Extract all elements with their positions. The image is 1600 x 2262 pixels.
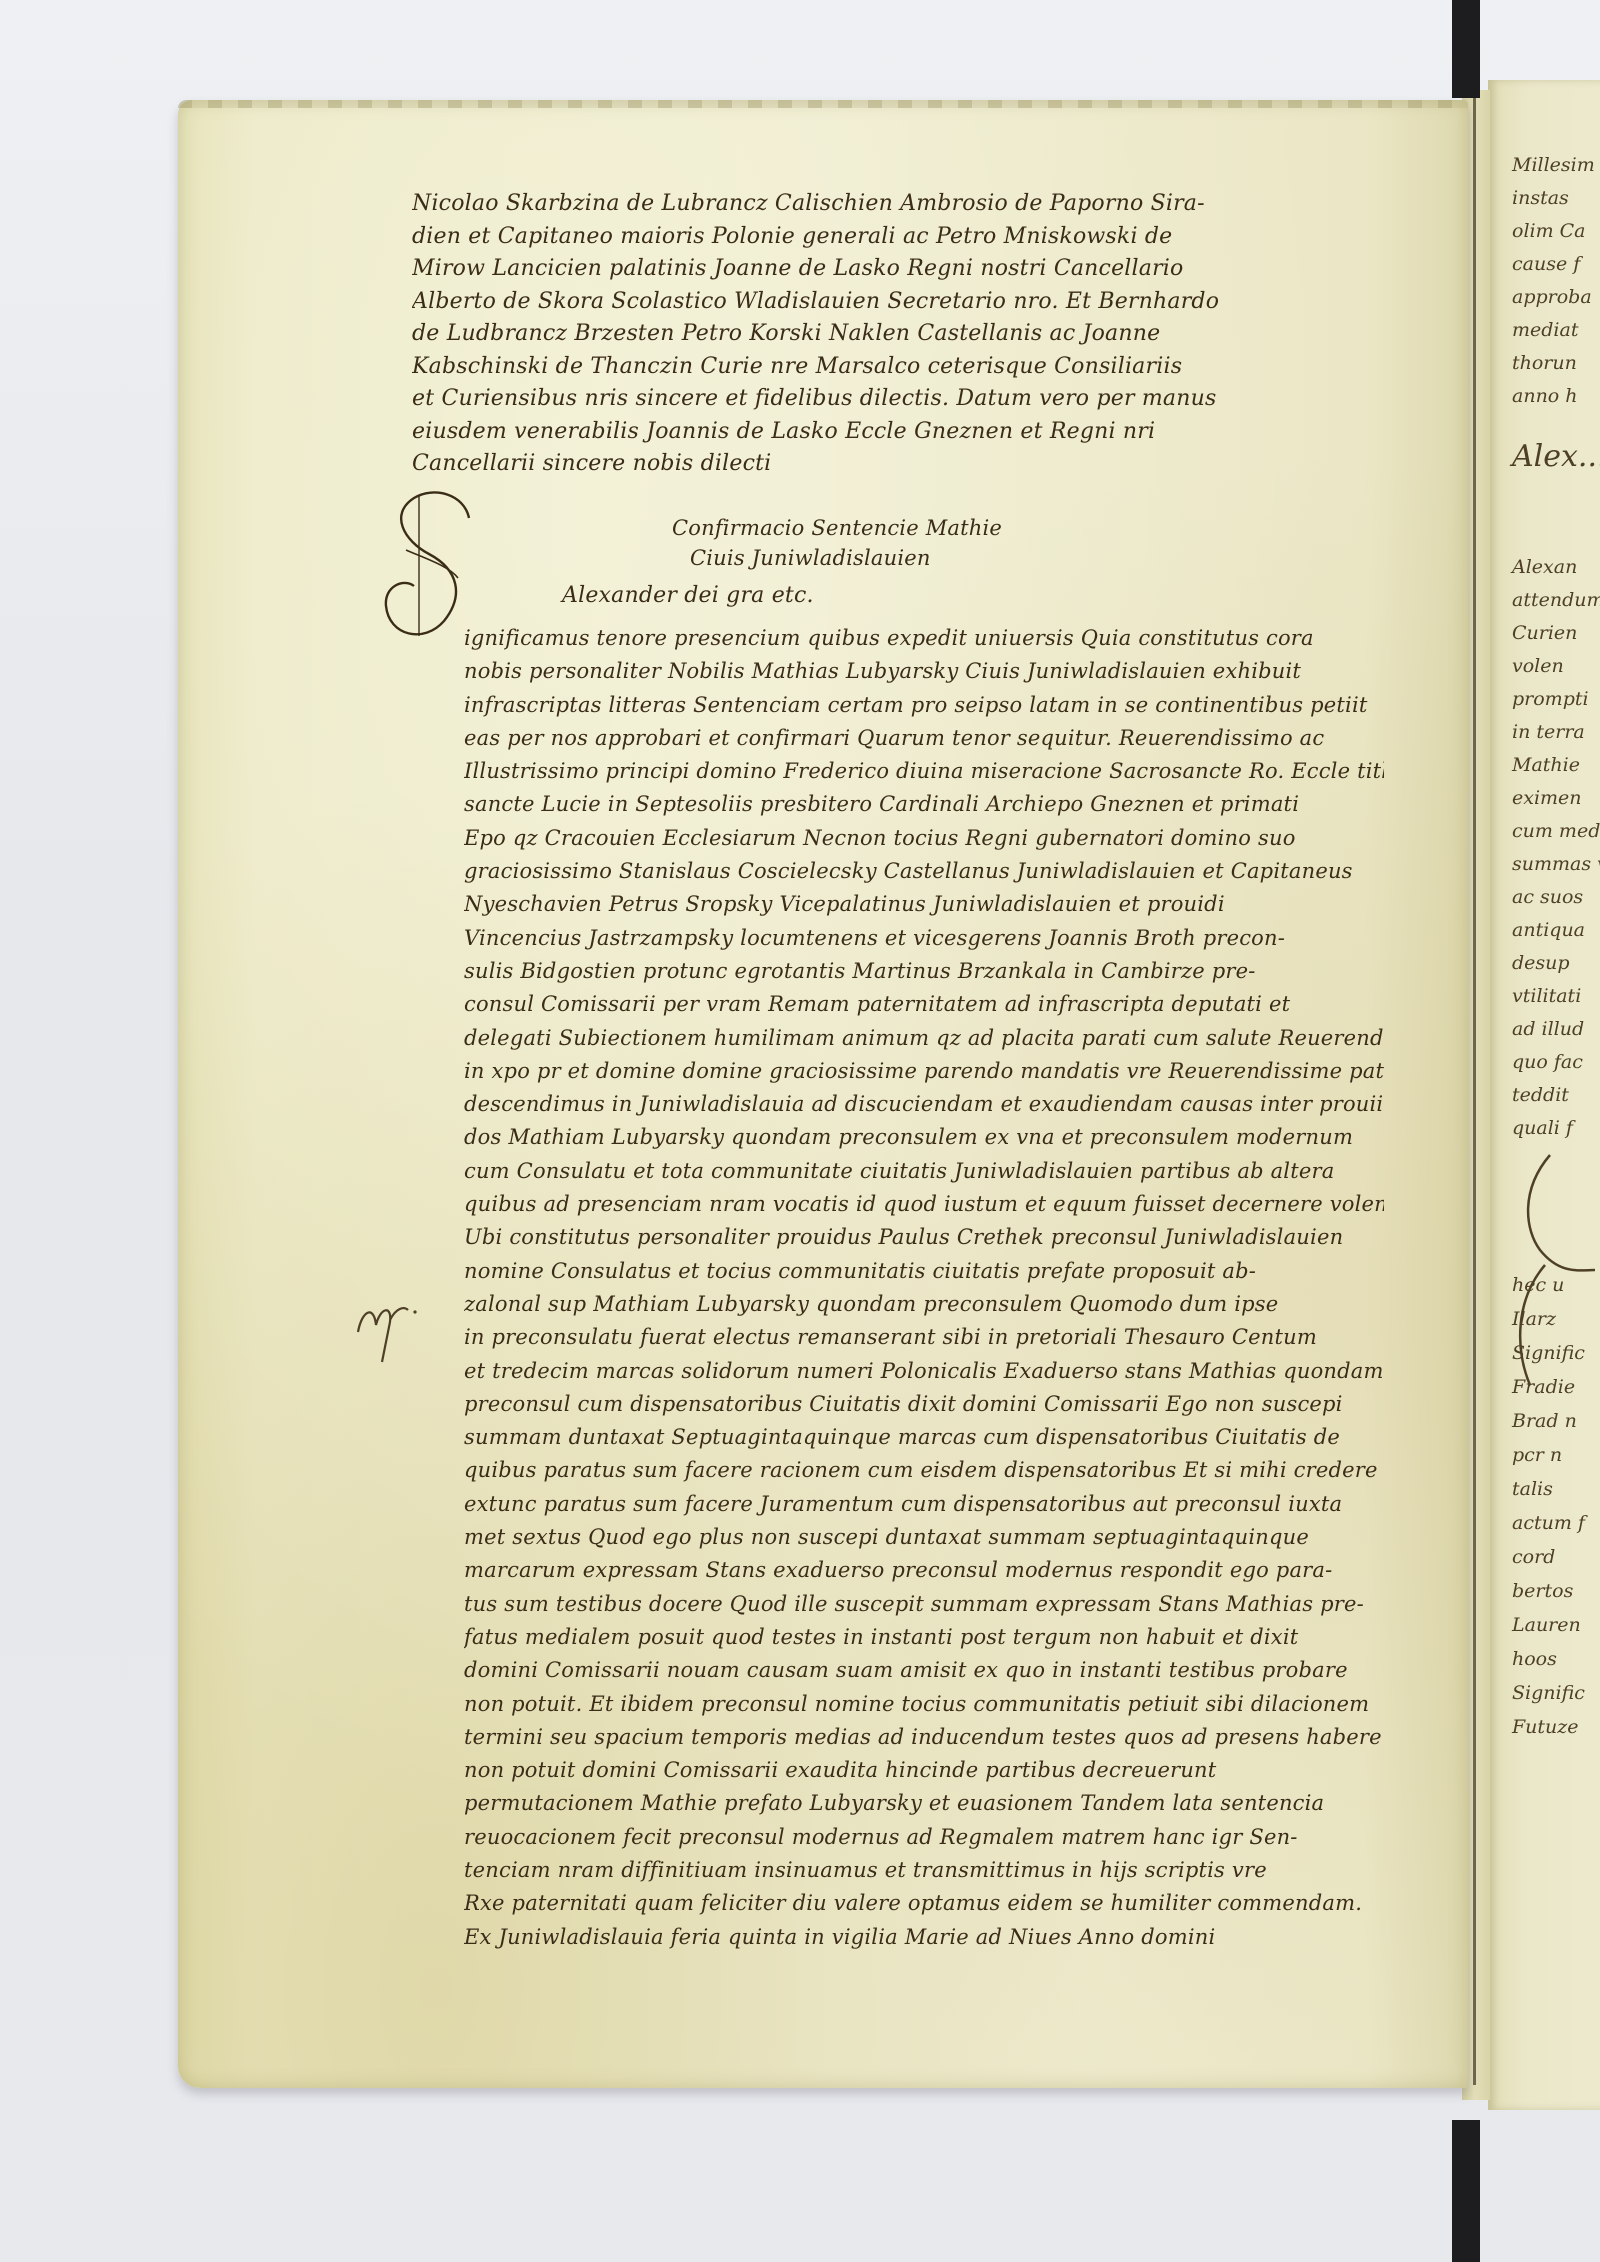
body-line: quibus ad presenciam nram vocatis id quo… <box>464 1188 1384 1221</box>
facing-page-line-fragment: hoos <box>1512 1644 1557 1674</box>
facing-page-line-fragment: prompti <box>1512 684 1589 714</box>
body-line: et tredecim marcas solidorum numeri Polo… <box>464 1355 1384 1388</box>
intro-line: Nicolao Skarbzina de Lubrancz Calischien… <box>412 188 1372 221</box>
body-line: Rxe paternitati quam feliciter diu valer… <box>464 1887 1384 1920</box>
body-line: Illustrissimo principi domino Frederico … <box>464 755 1384 788</box>
facing-page-line-fragment: Brad n <box>1512 1406 1577 1436</box>
facing-heading-fragment: Alex... <box>1512 442 1600 472</box>
facing-page-line-fragment: volen <box>1512 651 1564 681</box>
book-clamp-bottom <box>1452 2120 1480 2262</box>
facing-page-line-fragment: eximen <box>1512 783 1582 813</box>
intro-line: et Curiensibus nris sincere et fidelibus… <box>412 383 1372 416</box>
body-line: eas per nos approbari et confirmari Quar… <box>464 722 1384 755</box>
body-line: consul Comissarii per vram Remam paterni… <box>464 988 1384 1021</box>
facing-page-line-fragment: cum med <box>1512 816 1600 846</box>
body-line: delegati Subiectionem humilimam animum q… <box>464 1022 1384 1055</box>
facing-page-line-fragment: attendum <box>1512 585 1600 615</box>
body-line: ignificamus tenore presencium quibus exp… <box>464 622 1384 655</box>
body-line: nomine Consulatus et tocius communitatis… <box>464 1255 1384 1288</box>
facing-page-line-fragment: Alexan <box>1512 552 1577 582</box>
intro-line: eiusdem venerabilis Joannis de Lasko Ecc… <box>412 416 1372 449</box>
facing-page-line-fragment: ad illud <box>1512 1014 1584 1044</box>
body-line: nobis personaliter Nobilis Mathias Lubya… <box>464 655 1384 688</box>
facing-page-line-fragment: summas v <box>1512 849 1600 879</box>
facing-page-line-fragment: teddit <box>1512 1080 1569 1110</box>
body-line: Epo qz Cracouien Ecclesiarum Necnon toci… <box>464 822 1384 855</box>
facing-page-line-fragment: Lauren <box>1512 1610 1581 1640</box>
facing-page-line-fragment: Mathie <box>1512 750 1580 780</box>
facing-page-line-fragment: mediat <box>1512 315 1578 345</box>
marginal-nota-mark <box>352 1290 422 1370</box>
intro-line: Alberto de Skora Scolastico Wladislauien… <box>412 286 1372 319</box>
body-line: tenciam nram diffinitiuam insinuamus et … <box>464 1854 1384 1887</box>
facing-page-line-fragment: Futuze <box>1512 1712 1579 1742</box>
body-line: infrascriptas litteras Sentenciam certam… <box>464 689 1384 722</box>
facing-page-line-fragment: quo fac <box>1512 1047 1583 1077</box>
facing-page-line-fragment: pcr n <box>1512 1440 1562 1470</box>
body-line: Nyeschavien Petrus Sropsky Vicepalatinus… <box>464 888 1384 921</box>
gutter-line <box>1473 95 1476 2085</box>
intro-line: dien et Capitaneo maioris Polonie genera… <box>412 221 1372 254</box>
body-line: graciosissimo Stanislaus Coscielecsky Ca… <box>464 855 1384 888</box>
facing-page-line-fragment: cord <box>1512 1542 1555 1572</box>
document-heading-line2: Ciuis Juniwladislauien <box>690 546 931 570</box>
facing-page-line-fragment: desup <box>1512 948 1570 978</box>
body-line: Ubi constitutus personaliter prouidus Pa… <box>464 1221 1384 1254</box>
intro-line: de Ludbrancz Brzesten Petro Korski Nakle… <box>412 318 1372 351</box>
facing-page-line-fragment: thorun <box>1512 348 1577 378</box>
body-line: sulis Bidgostien protunc egrotantis Mart… <box>464 955 1384 988</box>
body-line: domini Comissarii nouam causam suam amis… <box>464 1654 1384 1687</box>
body-line: dos Mathiam Lubyarsky quondam preconsule… <box>464 1121 1384 1154</box>
facing-page-line-fragment: talis <box>1512 1474 1553 1504</box>
body-line: tus sum testibus docere Quod ille suscep… <box>464 1588 1384 1621</box>
body-line: summam duntaxat Septuagintaquinque marca… <box>464 1421 1384 1454</box>
facing-page-line-fragment: approba <box>1512 282 1592 312</box>
body-line: Vincencius Jastrzampsky locumtenens et v… <box>464 922 1384 955</box>
body-line: preconsul cum dispensatoribus Ciuitatis … <box>464 1388 1384 1421</box>
document-heading-line1: Confirmacio Sentencie Mathie <box>672 516 1002 540</box>
body-line: Ex Juniwladislauia feria quinta in vigil… <box>464 1921 1384 1954</box>
body-line: in xpo pr et domine domine graciosissime… <box>464 1055 1384 1088</box>
facing-page-line-fragment: quali f <box>1512 1113 1573 1143</box>
facing-page-line-fragment: vtilitati <box>1512 981 1581 1011</box>
salutation-line: Alexander dei gra etc. <box>562 583 814 608</box>
facing-page-line-fragment: Millesim <box>1512 150 1595 180</box>
facing-page-line-fragment: anno h <box>1512 381 1578 411</box>
facing-page-line-fragment: antiqua <box>1512 915 1585 945</box>
body-line: termini seu spacium temporis medias ad i… <box>464 1721 1384 1754</box>
facing-page-line-fragment: ac suos <box>1512 882 1583 912</box>
facing-page-line-fragment: Curien <box>1512 618 1577 648</box>
body-line: quibus paratus sum facere racionem cum e… <box>464 1454 1384 1487</box>
body-line: sancte Lucie in Septesoliis presbitero C… <box>464 788 1384 821</box>
facing-page-line-fragment: bertos <box>1512 1576 1573 1606</box>
body-line: reuocacionem fecit preconsul modernus ad… <box>464 1821 1384 1854</box>
body-text-block: ignificamus tenore presencium quibus exp… <box>464 622 1384 1954</box>
body-line: marcarum expressam Stans exaduerso preco… <box>464 1554 1384 1587</box>
body-line: descendimus in Juniwladislauia ad discuc… <box>464 1088 1384 1121</box>
body-line: cum Consulatu et tota communitate ciuita… <box>464 1155 1384 1188</box>
body-line: zalonal sup Mathiam Lubyarsky quondam pr… <box>464 1288 1384 1321</box>
body-line: permutacionem Mathie prefato Lubyarsky e… <box>464 1787 1384 1820</box>
body-line: non potuit domini Comissarii exaudita hi… <box>464 1754 1384 1787</box>
intro-line: Mirow Lancicien palatinis Joanne de Lask… <box>412 253 1372 286</box>
facing-page-line-fragment: cause f <box>1512 249 1580 279</box>
body-line: non potuit. Et ibidem preconsul nomine t… <box>464 1688 1384 1721</box>
intro-line: Cancellarii sincere nobis dilecti <box>412 448 1372 481</box>
facing-page-line-fragment: olim Ca <box>1512 216 1586 246</box>
body-line: met sextus Quod ego plus non suscepi dun… <box>464 1521 1384 1554</box>
intro-text-block: Nicolao Skarbzina de Lubrancz Calischien… <box>412 188 1372 481</box>
facing-page-line-fragment: actum f <box>1512 1508 1585 1538</box>
body-line: fatus medialem posuit quod testes in ins… <box>464 1621 1384 1654</box>
facing-page-line-fragment: Signific <box>1512 1678 1585 1708</box>
body-line: extunc paratus sum facere Juramentum cum… <box>464 1488 1384 1521</box>
facing-page-line-fragment: in terra <box>1512 717 1585 747</box>
facing-page-line-fragment: instas <box>1512 183 1569 213</box>
facing-page-bracket-mark <box>1500 1150 1600 1390</box>
book-clamp-top <box>1452 0 1480 98</box>
intro-line: Kabschinski de Thanczin Curie nre Marsal… <box>412 351 1372 384</box>
body-line: in preconsulatu fuerat electus remansera… <box>464 1321 1384 1354</box>
